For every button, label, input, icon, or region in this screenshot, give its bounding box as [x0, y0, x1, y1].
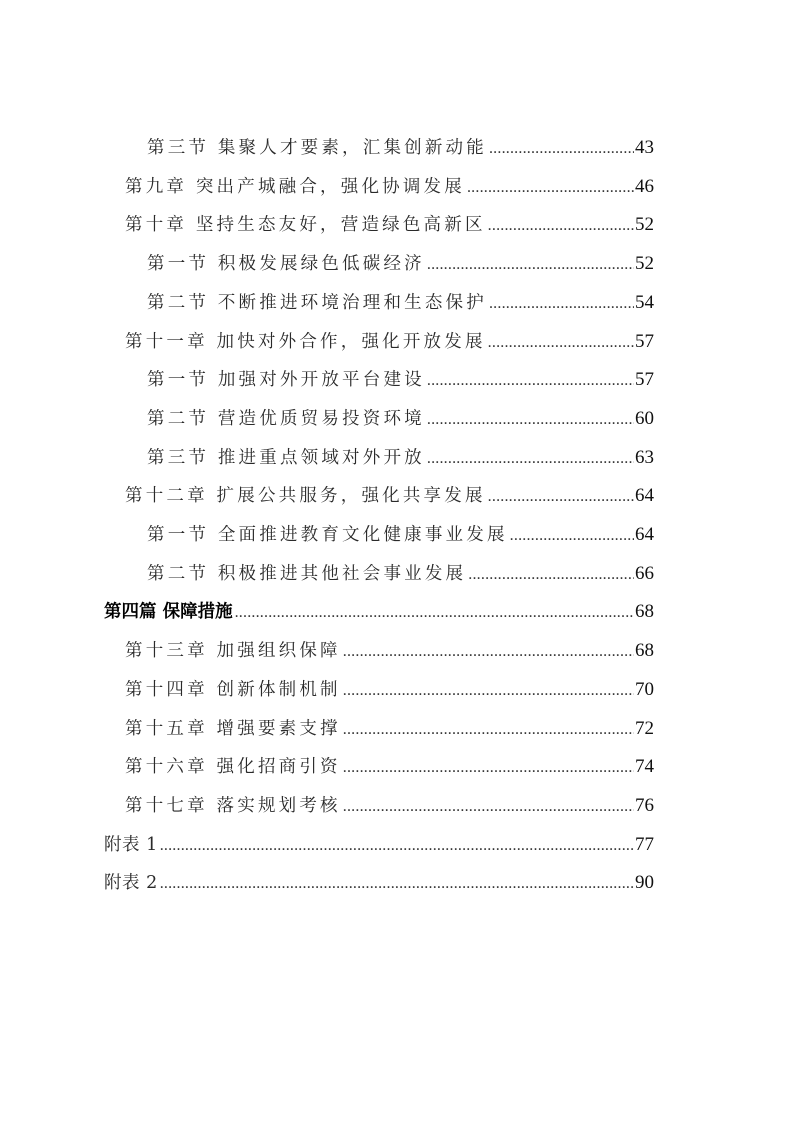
toc-entry[interactable]: 第一节 积极发展绿色低碳经济52 — [147, 250, 654, 278]
toc-entry-page: 43 — [635, 134, 654, 162]
toc-entry-appendix[interactable]: 附表 290 — [104, 869, 654, 897]
toc-entry-title: 第二节 积极推进其他社会事业发展 — [147, 560, 466, 588]
toc-entry-title: 第十五章 增强要素支撑 — [125, 715, 341, 743]
toc-entry[interactable]: 第一节 加强对外开放平台建设57 — [147, 366, 654, 394]
toc-entry-page: 72 — [635, 715, 654, 743]
toc-entry-page: 57 — [635, 366, 654, 394]
toc-entry-page: 46 — [635, 173, 654, 201]
toc-entry-page: 66 — [635, 560, 654, 588]
dot-leader — [160, 832, 634, 860]
toc-entry-appendix[interactable]: 附表 177 — [104, 831, 654, 859]
toc-entry-page: 77 — [635, 831, 654, 859]
dot-leader — [160, 870, 634, 898]
toc-entry-title: 附表 2 — [104, 869, 158, 897]
toc-entry-title: 第三节 推进重点领域对外开放 — [147, 444, 425, 472]
toc-entry-title: 第十二章 扩展公共服务，强化共享发展 — [125, 482, 486, 510]
toc-entry-page: 70 — [635, 676, 654, 704]
toc-entry-part[interactable]: 第四篇 保障措施68 — [104, 598, 654, 626]
toc-entry[interactable]: 第十一章 加快对外合作，强化开放发展57 — [125, 328, 654, 356]
dot-leader — [489, 290, 634, 318]
toc-entry-title: 第一节 全面推进教育文化健康事业发展 — [147, 521, 508, 549]
dot-leader — [489, 135, 634, 163]
toc-entry[interactable]: 第二节 营造优质贸易投资环境60 — [147, 405, 654, 433]
toc-entry[interactable]: 第十六章 强化招商引资74 — [125, 753, 654, 781]
dot-leader — [488, 483, 634, 511]
toc-entry-title: 第二节 不断推进环境治理和生态保护 — [147, 289, 487, 317]
toc-entry-title: 第十三章 加强组织保障 — [125, 637, 341, 665]
toc-entry-title: 附表 1 — [104, 831, 158, 859]
dot-leader — [343, 793, 634, 821]
toc-entry-title: 第一节 加强对外开放平台建设 — [147, 366, 425, 394]
dot-leader — [343, 716, 634, 744]
toc-entry-page: 60 — [635, 405, 654, 433]
toc-entry[interactable]: 第十五章 增强要素支撑72 — [125, 715, 654, 743]
dot-leader — [468, 561, 634, 589]
toc-entry[interactable]: 第十七章 落实规划考核76 — [125, 792, 654, 820]
dot-leader — [343, 638, 634, 666]
dot-leader — [427, 445, 634, 473]
toc-entry-page: 57 — [635, 328, 654, 356]
toc-entry-title: 第九章 突出产城融合，强化协调发展 — [125, 173, 465, 201]
toc-entry-page: 52 — [635, 250, 654, 278]
dot-leader — [427, 367, 634, 395]
dot-leader — [343, 754, 634, 782]
toc-entry-page: 68 — [635, 637, 654, 665]
toc-entry-page: 64 — [635, 521, 654, 549]
toc-entry-title: 第十一章 加快对外合作，强化开放发展 — [125, 328, 486, 356]
toc-entry[interactable]: 第二节 积极推进其他社会事业发展66 — [147, 560, 654, 588]
toc-entry-title: 第十七章 落实规划考核 — [125, 792, 341, 820]
toc-entry-title: 第十章 坚持生态友好，营造绿色高新区 — [125, 211, 486, 239]
toc-entry-page: 63 — [635, 444, 654, 472]
toc-entry-title: 第二节 营造优质贸易投资环境 — [147, 405, 425, 433]
toc-entry-title: 第三节 集聚人才要素，汇集创新动能 — [147, 134, 487, 162]
toc-entry-page: 90 — [635, 869, 654, 897]
toc-entry-page: 52 — [635, 211, 654, 239]
toc-entry-page: 64 — [635, 482, 654, 510]
dot-leader — [427, 251, 634, 279]
toc-entry[interactable]: 第一节 全面推进教育文化健康事业发展64 — [147, 521, 654, 549]
toc-entry[interactable]: 第十三章 加强组织保障68 — [125, 637, 654, 665]
toc-entry-page: 74 — [635, 753, 654, 781]
toc-entry-title: 第一节 积极发展绿色低碳经济 — [147, 250, 425, 278]
dot-leader — [510, 522, 634, 550]
toc-entry[interactable]: 第九章 突出产城融合，强化协调发展46 — [125, 173, 654, 201]
toc-entry-title: 第四篇 保障措施 — [104, 598, 233, 626]
toc-entry-title: 第十六章 强化招商引资 — [125, 753, 341, 781]
toc-entry[interactable]: 第十二章 扩展公共服务，强化共享发展64 — [125, 482, 654, 510]
toc-entry[interactable]: 第十四章 创新体制机制70 — [125, 676, 654, 704]
dot-leader — [343, 677, 634, 705]
toc-entry-page: 68 — [635, 598, 654, 626]
toc-entry[interactable]: 第三节 集聚人才要素，汇集创新动能43 — [147, 134, 654, 162]
dot-leader — [467, 174, 634, 202]
dot-leader — [235, 599, 634, 627]
toc-entry-title: 第十四章 创新体制机制 — [125, 676, 341, 704]
dot-leader — [427, 406, 634, 434]
dot-leader — [488, 329, 634, 357]
toc-entry-page: 54 — [635, 289, 654, 317]
toc-entry[interactable]: 第二节 不断推进环境治理和生态保护54 — [147, 289, 654, 317]
toc-entry[interactable]: 第三节 推进重点领域对外开放63 — [147, 444, 654, 472]
dot-leader — [488, 212, 634, 240]
toc-entry-page: 76 — [635, 792, 654, 820]
toc-entry[interactable]: 第十章 坚持生态友好，营造绿色高新区52 — [125, 211, 654, 239]
